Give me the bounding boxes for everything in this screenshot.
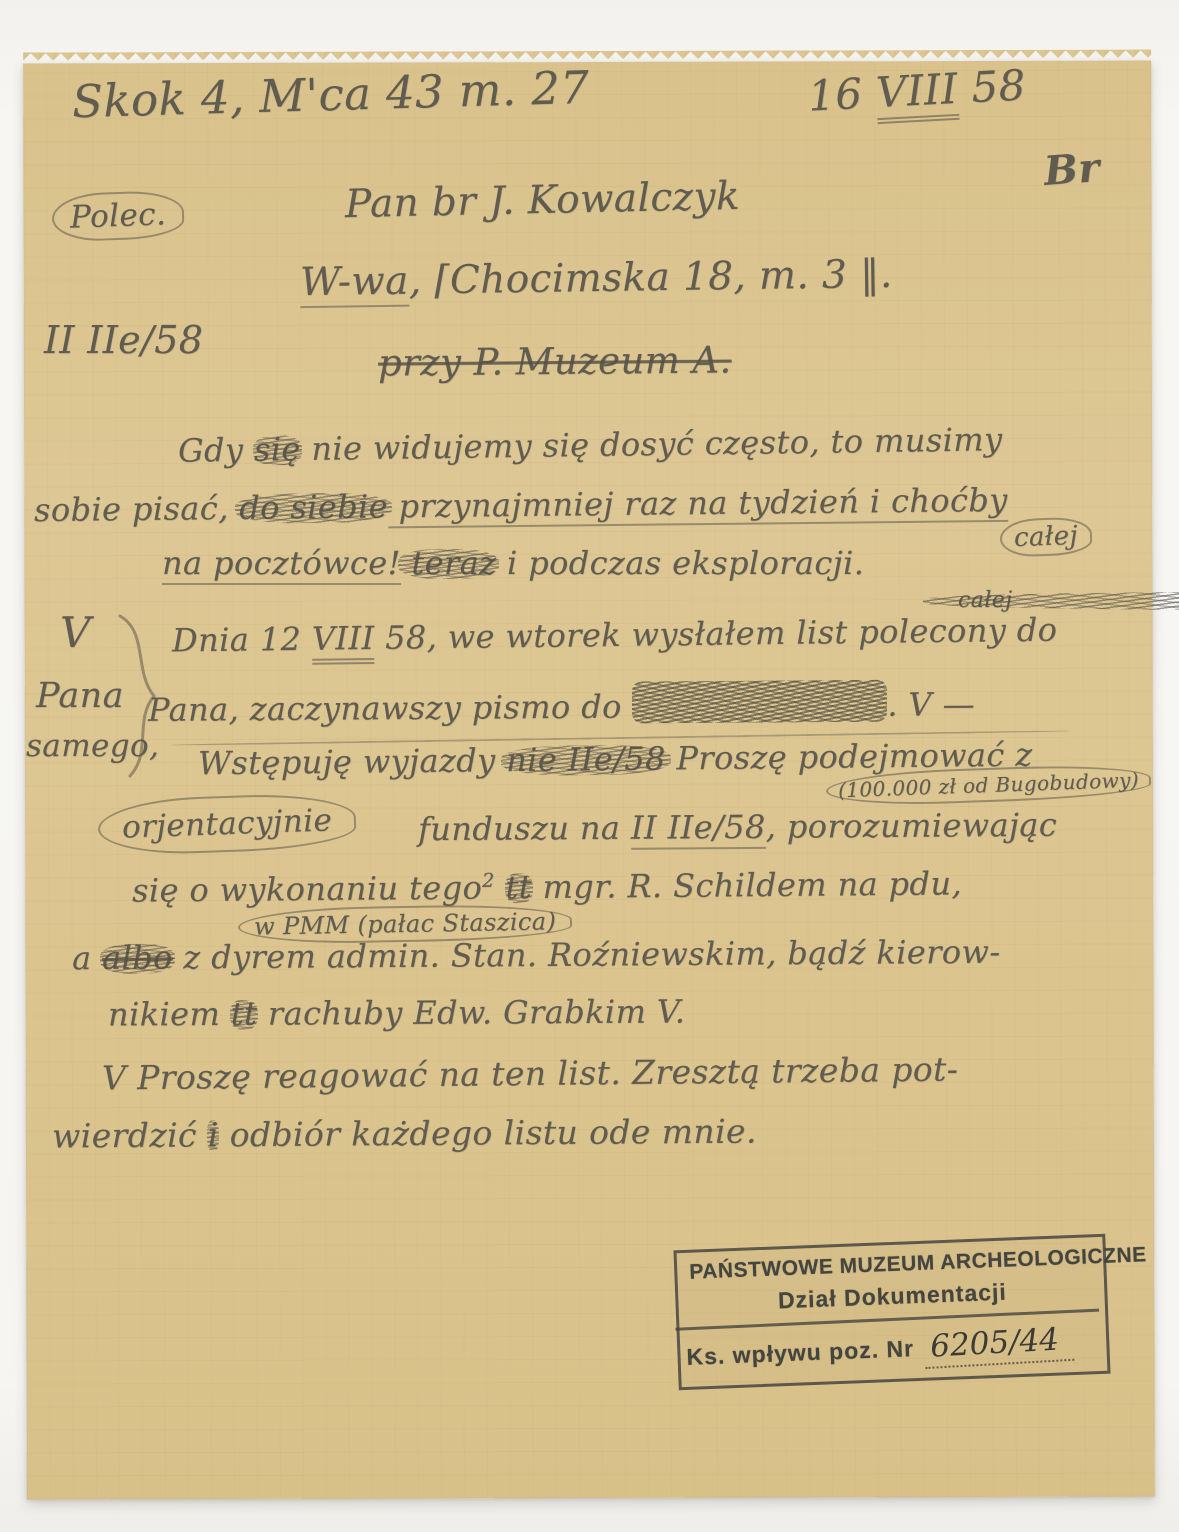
text: Gdy (178, 431, 254, 470)
para2-line4-circled: orjentacyjnie (98, 796, 356, 852)
recipient-city: W-wa (300, 259, 409, 309)
comma: , (408, 258, 434, 303)
crossed-letters: tt (505, 868, 532, 906)
text: odbiór każdego listu ode mnie. (219, 1112, 757, 1155)
reference-number: II IIe/58 (44, 318, 203, 362)
circled-amount: (100.000 zł od Bugobudowy) (826, 762, 1152, 807)
date-month: VIII (875, 64, 960, 124)
underlined-ref: II IIe/58 (631, 808, 766, 850)
crossed-words: do siebie (239, 487, 388, 527)
para1-line3: na pocztówce! teraz i podczas eksploracj… (162, 544, 864, 582)
text: , porozumiewając (766, 806, 1058, 846)
circled-word: całej (999, 516, 1092, 557)
inserted-word-circled: całej (1000, 518, 1092, 556)
text: z dyrem admin. Stan. Roźniewskim, bądź k… (173, 933, 1001, 977)
crossed-word: teraz (401, 544, 497, 582)
para3-line2: wierdzić i odbiór każdego listu ode mnie… (52, 1112, 757, 1156)
text: Wstępuję wyjazdy (198, 741, 506, 782)
text: Dnia 12 (172, 620, 312, 660)
crossed-letters: tt (231, 995, 258, 1033)
crossed-words: nie IIe/58 (506, 739, 666, 779)
crossed-out-address-line: przy P. Muzeum A. (378, 338, 732, 384)
para2-line6: a albo z dyrem admin. Stan. Roźniewskim,… (72, 933, 1001, 977)
text: wierdzić (52, 1115, 208, 1155)
amount-note-circled: (100.000 zł od Bugobudowy) (826, 768, 1151, 802)
margin-checkmark: V (60, 608, 91, 657)
para2-line5: się o wykonaniu tego2 tt mgr. R. Schilde… (132, 864, 962, 909)
text: nikiem (108, 995, 231, 1034)
underlined-month: VIII (312, 619, 375, 665)
text: rachuby Edw. Grabkim V. (257, 992, 685, 1032)
bracket-mark: ⌈ (434, 258, 450, 303)
text: Pana, zaczynawszy pismo do (148, 688, 633, 729)
text: mgr. R. Schildem na pdu, (532, 864, 962, 906)
crossed-word: albo (102, 939, 173, 977)
crossed-letter: i (208, 1115, 219, 1154)
text: sobie pisać, (34, 489, 240, 529)
text: . V — (887, 685, 975, 724)
margin-brace (100, 612, 170, 780)
date-day: 16 (807, 69, 864, 121)
date-year: 58 (970, 60, 1027, 112)
registered-oval: Polec. (51, 190, 185, 243)
crossed-word: się (254, 430, 301, 469)
underlined-text: na pocztówce! (162, 544, 401, 585)
underlined-text: przynajmniej raz na tydzień i choćby (388, 481, 1008, 528)
para2-line7: nikiem tt rachuby Edw. Grabkim V. (108, 992, 686, 1033)
superscript-note: 2 (482, 869, 495, 892)
text: funduszu na (418, 809, 631, 848)
stamp-entry-number-handwritten: 6205/44 (923, 1321, 1074, 1369)
street-address: Chocimska 18, m. 3 ‖. (450, 252, 893, 303)
text: a (72, 939, 102, 977)
circled-word: orjentacyjnie (97, 792, 357, 857)
text: i podczas eksploracji. (496, 544, 864, 582)
text: się o wykonaniu tego (132, 869, 483, 910)
recipient-address: W-wa, ⌈Chocimska 18, m. 3 ‖. (300, 252, 893, 305)
crossed-out-scribble (632, 680, 887, 724)
small-crossed-word: całej (958, 588, 1179, 613)
registered-mail-note: Polec. (52, 192, 184, 240)
para2-line2: Pana, zaczynawszy pismo do . V — (148, 679, 975, 729)
para2-line4: funduszu na II IIe/58, porozumiewając (418, 806, 1057, 848)
recipient-name: Pan br J. Kowalczyk (345, 174, 741, 227)
initials-mark: Br (1042, 144, 1101, 195)
stamp-entry-label: Ks. wpływu poz. Nr (686, 1335, 914, 1371)
museum-stamp: PAŃSTWOWE MUZEUM ARCHEOLOGICZNE Dział Do… (673, 1234, 1110, 1390)
